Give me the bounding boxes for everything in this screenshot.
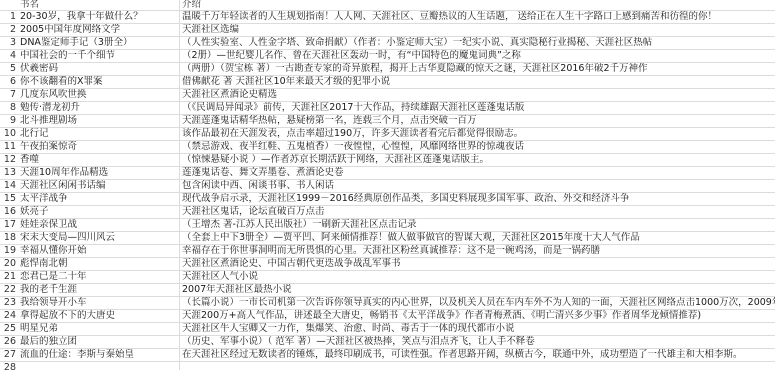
row-number: 22: [0, 284, 18, 296]
table-row[interactable]: 22 我的老千生涯 2007年天涯社区最热小说: [0, 284, 775, 297]
table-row[interactable]: 14 天涯社区闲闲书话编 包含闲读中西、闲谈书事、书人闲话: [0, 180, 775, 193]
table-row[interactable]: 18 宋末大变局—四川风云 （全套上中下3册全）—贾平凹、阿来倾情推荐！做人做事…: [0, 232, 775, 245]
row-number: 7: [0, 89, 18, 101]
table-row[interactable]: 7 几度东风吹世换 天涯社区煮酒论史精选: [0, 89, 775, 102]
description-cell[interactable]: 天涯社区选编: [180, 24, 775, 36]
row-number: 5: [0, 63, 18, 75]
book-title-cell[interactable]: 北行记: [18, 128, 180, 140]
row-number: 25: [0, 323, 18, 335]
table-row[interactable]: 6 你不该翻看的X罪案 借佛献花 著 天涯社区10年来最天才级的犯罪小说: [0, 76, 775, 89]
book-title-cell[interactable]: 妖亮子: [18, 206, 180, 218]
row-number: 9: [0, 115, 18, 127]
table-row[interactable]: 21 恋君已是二十年 天涯社区人气小说: [0, 271, 775, 284]
row-number: 4: [0, 50, 18, 62]
row-number: 14: [0, 180, 18, 192]
book-title-cell[interactable]: 你不该翻看的X罪案: [18, 76, 180, 88]
description-cell[interactable]: （惊悚悬疑小说 ）—作者苏京长期活跃于网络，天涯社区莲蓬鬼话版主。: [180, 154, 775, 166]
book-title-cell[interactable]: 2005中国年度网络文学: [18, 24, 180, 36]
description-cell[interactable]: 莲蓬鬼话卷、舞文弄墨卷、煮酒论史卷: [180, 167, 775, 179]
table-row[interactable]: 27 流血的仕途：李斯与秦始皇 在天涯社区经过无数读者的锤炼，最终印刷成书，可读…: [0, 349, 775, 362]
description-cell[interactable]: 该作品最初在天涯发表，点击率超过190万，许多天涯读者看完后都觉得很励志。: [180, 128, 775, 140]
book-title-cell[interactable]: DNA鉴定师手记（3册全）: [18, 37, 180, 49]
row-number: 2: [0, 24, 18, 36]
row-number: 19: [0, 245, 18, 257]
description-cell[interactable]: （禁忌游戏、夜半红鞋、五鬼植香）一夜惶惶，心惶惶，风靡网络世界的惊魂夜话: [180, 141, 775, 153]
row-number: 17: [0, 219, 18, 231]
row-number: 21: [0, 271, 18, 283]
book-title-cell[interactable]: 20-30岁，我拿十年做什么？: [18, 11, 180, 23]
description-cell[interactable]: （《民调局异闻录》前传，天涯社区2017十大作品，持续雄踞天涯社区莲蓬鬼话版: [180, 102, 775, 114]
description-cell[interactable]: 天涯社区鬼话，论坛直破百万点击: [180, 206, 775, 218]
description-cell[interactable]: （两册）（贺宝栋 著）一古勘查专家的奇异旅程，揭开上古华夏隐藏的惊天之谜，天涯社…: [180, 63, 775, 75]
book-title-cell[interactable]: 北斗推理剧场: [18, 115, 180, 127]
book-title-cell[interactable]: 午夜拍案惊奇: [18, 141, 180, 153]
book-title-cell[interactable]: 中国社会的一千个细节: [18, 50, 180, 62]
description-cell[interactable]: （全套上中下3册全）—贾平凹、阿来倾情推荐！做人做事做官的智谋大观，天涯社区20…: [180, 232, 775, 244]
book-title-cell[interactable]: 流血的仕途：李斯与秦始皇: [18, 349, 180, 361]
table-row[interactable]: 15 太平洋战争 现代战争启示录，天涯社区1999－2016经典原创作品类，多国…: [0, 193, 775, 206]
description-cell[interactable]: 现代战争启示录，天涯社区1999－2016经典原创作品类，多国史料展现多国军事、…: [180, 193, 775, 205]
table-row[interactable]: 13 天涯10周年作品精选 莲蓬鬼话卷、舞文弄墨卷、煮酒论史卷: [0, 167, 775, 180]
book-title-cell[interactable]: 宋末大变局—四川风云: [18, 232, 180, 244]
description-cell[interactable]: 天涯社区人气小说: [180, 271, 775, 283]
row-number: 12: [0, 154, 18, 166]
book-title-cell[interactable]: 幸福从懂你开始: [18, 245, 180, 257]
book-title-cell[interactable]: 最后的独立团: [18, 336, 180, 348]
row-number: 13: [0, 167, 18, 179]
table-row[interactable]: 3 DNA鉴定师手记（3册全） （人性实验室、人性金字塔、致命捐献）（作者：小鉴…: [0, 37, 775, 50]
description-cell[interactable]: 天涯社区牛人宝卿又一力作，集爆笑、治愈、时尚、毒舌于一体的现代都市小说: [180, 323, 775, 335]
book-title-cell[interactable]: 我的老千生涯: [18, 284, 180, 296]
spreadsheet: 书名 介绍 1 20-30岁，我拿十年做什么？ 温暖千万年轻读者的人生规划指南！…: [0, 0, 775, 370]
table-row[interactable]: 20 彪悍南北朝 天涯社区煮酒论史、中国古朝代更迭战争战乱军事书: [0, 258, 775, 271]
description-cell[interactable]: （2册）—世纪婴儿名作、曾在天涯社区轰动一时，有“中国特色的魔鬼词典”之称: [180, 50, 775, 62]
description-cell[interactable]: 包含闲读中西、闲谈书事、书人闲话: [180, 180, 775, 192]
row-number: 16: [0, 206, 18, 218]
book-title-cell[interactable]: 太平洋战争: [18, 193, 180, 205]
table-row[interactable]: 19 幸福从懂你开始 幸福存在于你世事洞明而无所畏惧的心里。天涯社区粉丝真诚推荐…: [0, 245, 775, 258]
row-number: 3: [0, 37, 18, 49]
description-cell[interactable]: 天涯社区煮酒论史、中国古朝代更迭战争战乱军事书: [180, 258, 775, 270]
description-cell[interactable]: （人性实验室、人性金字塔、致命捐献）（作者：小鉴定师大宝）一纪实小说、真实隐秘行…: [180, 37, 775, 49]
table-row[interactable]: 25 明星兄弟 天涯社区牛人宝卿又一力作，集爆笑、治愈、时尚、毒舌于一体的现代都…: [0, 323, 775, 336]
description-cell[interactable]: （长篇小说）一市长司机第一次告诉你领导真实的内心世界，以及机关人员在车内车外不为…: [180, 297, 775, 309]
row-number: 24: [0, 310, 18, 322]
book-title-cell[interactable]: 几度东风吹世换: [18, 89, 180, 101]
table-row[interactable]: 23 我给领导开小车 （长篇小说）一市长司机第一次告诉你领导真实的内心世界，以及…: [0, 297, 775, 310]
table-row[interactable]: 16 妖亮子 天涯社区鬼话，论坛直破百万点击: [0, 206, 775, 219]
row-number: 6: [0, 76, 18, 88]
table-row[interactable]: 8 勉传·潜龙初升 （《民调局异闻录》前传，天涯社区2017十大作品，持续雄踞天…: [0, 102, 775, 115]
table-row[interactable]: 12 香噬 （惊悚悬疑小说 ）—作者苏京长期活跃于网络，天涯社区莲蓬鬼话版主。: [0, 154, 775, 167]
book-title-cell[interactable]: 伏羲密码: [18, 63, 180, 75]
book-title-cell[interactable]: 香噬: [18, 154, 180, 166]
book-title-cell[interactable]: 拿得起放不下的大唐史: [18, 310, 180, 322]
table-row[interactable]: 2 2005中国年度网络文学 天涯社区选编: [0, 24, 775, 37]
table-row[interactable]: 28: [0, 362, 775, 370]
description-cell[interactable]: 天涯200万+高人气作品，讲述最全大唐史，畅销书《太平洋战争》作者青梅煮酒、《明…: [180, 310, 775, 322]
row-number-header: [0, 0, 18, 10]
row-number: 28: [0, 362, 18, 370]
description-cell[interactable]: [180, 362, 775, 370]
description-cell[interactable]: 借佛献花 著 天涯社区10年来最天才级的犯罪小说: [180, 76, 775, 88]
table-row[interactable]: 10 北行记 该作品最初在天涯发表，点击率超过190万，许多天涯读者看完后都觉得…: [0, 128, 775, 141]
book-title-cell[interactable]: 我给领导开小车: [18, 297, 180, 309]
description-cell[interactable]: （历史、军事小说）（ 范军 著）—天涯社区被热捧，笑点与泪点齐飞，让人手不释卷: [180, 336, 775, 348]
row-number: 10: [0, 128, 18, 140]
description-cell[interactable]: 2007年天涯社区最热小说: [180, 284, 775, 296]
table-row[interactable]: 26 最后的独立团 （历史、军事小说）（ 范军 著）—天涯社区被热捧，笑点与泪点…: [0, 336, 775, 349]
table-row[interactable]: 17 娃娃亲保卫战 （王增杰 著-江苏人民出版社）一刷新天涯社区点击记录: [0, 219, 775, 232]
column-header-description[interactable]: 介绍: [180, 0, 775, 10]
row-number: 20: [0, 258, 18, 270]
row-number: 1: [0, 11, 18, 23]
table-row[interactable]: 9 北斗推理剧场 天涯莲蓬鬼话精华热帖，悬疑榜第一名，连载三个月，点击突破一百万: [0, 115, 775, 128]
row-number: 11: [0, 141, 18, 153]
book-title-cell[interactable]: 彪悍南北朝: [18, 258, 180, 270]
book-title-cell[interactable]: 娃娃亲保卫战: [18, 219, 180, 231]
book-title-cell[interactable]: 恋君已是二十年: [18, 271, 180, 283]
description-cell[interactable]: 幸福存在于你世事洞明而无所畏惧的心里。天涯社区粉丝真诚推荐：这不是一碗鸡汤，而是…: [180, 245, 775, 257]
description-cell[interactable]: 天涯社区煮酒论史精选: [180, 89, 775, 101]
row-number: 18: [0, 232, 18, 244]
description-cell[interactable]: 温暖千万年轻读者的人生规划指南！人人网、天涯社区、豆瓣热议的人生话题， 送给正在…: [180, 11, 775, 23]
book-title-cell[interactable]: 天涯10周年作品精选: [18, 167, 180, 179]
book-title-cell[interactable]: 天涯社区闲闲书话编: [18, 180, 180, 192]
table-row[interactable]: 24 拿得起放不下的大唐史 天涯200万+高人气作品，讲述最全大唐史，畅销书《太…: [0, 310, 775, 323]
row-number: 26: [0, 336, 18, 348]
row-number: 8: [0, 102, 18, 114]
table-row[interactable]: 5 伏羲密码 （两册）（贺宝栋 著）一古勘查专家的奇异旅程，揭开上古华夏隐藏的惊…: [0, 63, 775, 76]
book-title-cell[interactable]: 明星兄弟: [18, 323, 180, 335]
row-number: 27: [0, 349, 18, 361]
row-number: 15: [0, 193, 18, 205]
description-cell[interactable]: 天涯莲蓬鬼话精华热帖，悬疑榜第一名，连载三个月，点击突破一百万: [180, 115, 775, 127]
row-number: 23: [0, 297, 18, 309]
book-title-cell[interactable]: [18, 362, 180, 370]
description-cell[interactable]: （王增杰 著-江苏人民出版社）一刷新天涯社区点击记录: [180, 219, 775, 231]
header-row: 书名 介绍: [0, 0, 775, 11]
description-cell[interactable]: 在天涯社区经过无数读者的锤炼，最终印刷成书，可读性强。作者思路开阔，纵横古今，联…: [180, 349, 775, 361]
table-row[interactable]: 4 中国社会的一千个细节 （2册）—世纪婴儿名作、曾在天涯社区轰动一时，有“中国…: [0, 50, 775, 63]
column-header-title[interactable]: 书名: [18, 0, 180, 10]
book-title-cell[interactable]: 勉传·潜龙初升: [18, 102, 180, 114]
table-row[interactable]: 11 午夜拍案惊奇 （禁忌游戏、夜半红鞋、五鬼植香）一夜惶惶，心惶惶，风靡网络世…: [0, 141, 775, 154]
table-row[interactable]: 1 20-30岁，我拿十年做什么？ 温暖千万年轻读者的人生规划指南！人人网、天涯…: [0, 11, 775, 24]
